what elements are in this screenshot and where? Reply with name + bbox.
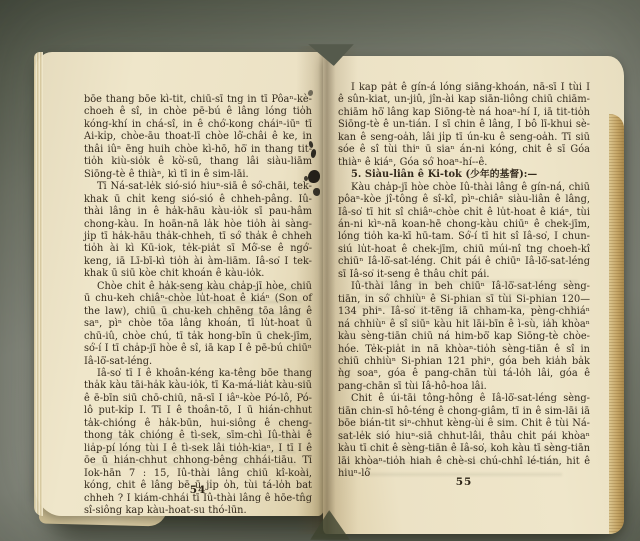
- book-photograph: bōe thang bōe kì-tit, chiū-sī tng in tī …: [0, 0, 640, 541]
- paragraph: Tī Ná-sat-le̍k sió-sió hiuⁿ-siā ê só͘-ch…: [84, 181, 312, 281]
- section-heading: 5. Siàu-liân ê Ki-tok (少年的基督):—: [338, 169, 590, 181]
- page-number-left: 54: [84, 484, 312, 496]
- open-book: bōe thang bōe kì-tit, chiū-sī tng in tī …: [34, 42, 624, 534]
- left-page-edge-stack: [34, 52, 43, 516]
- paragraph: I kap pa̍t ê gín-á lóng siāng-khoán, nā-…: [338, 82, 590, 169]
- page-number-right: 55: [338, 476, 590, 488]
- ink-blot: [308, 170, 320, 183]
- paragraph: Chit ê úi-tāi tông-hông ê Iâ-lō͘-sat-lén…: [338, 393, 590, 480]
- right-page-text: I kap pa̍t ê gín-á lóng siāng-khoán, nā-…: [338, 82, 590, 481]
- paragraph: Kàu cha̍p-jī hòe chòe Iû-thài lâng ê gín…: [338, 182, 590, 282]
- left-page-text: bōe thang bōe kì-tit, chiū-sī tng in tī …: [84, 94, 312, 517]
- ink-blot: [304, 176, 308, 181]
- paragraph: Chòe chi̍t ê ha̍k-seng kàu cha̍p-jī hòe,…: [84, 281, 312, 368]
- ink-blot: [313, 188, 320, 196]
- fore-edge-pages: [609, 114, 624, 534]
- paragraph: bōe thang bōe kì-tit, chiū-sī tng in tī …: [84, 94, 312, 181]
- paragraph: Iû-thài lâng in beh chiūⁿ Iâ-lō͘-sat-lén…: [338, 281, 590, 393]
